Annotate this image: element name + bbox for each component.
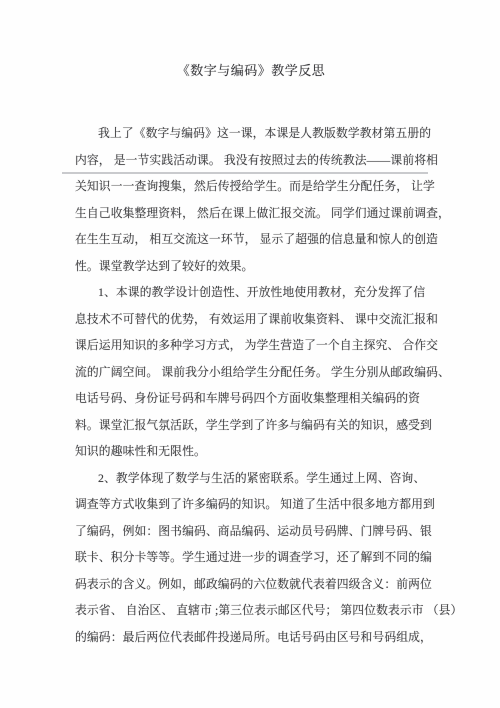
text-line: 我上了《数字与编码》这一课，本课是人教版数学教材第五册的 — [75, 120, 500, 147]
text-line: 调查等方式收集到了许多编码的知识。 知道了生活中很多地方都用到 — [75, 491, 500, 518]
document-page: 《数字与编码》教学反思 我上了《数字与编码》这一课，本课是人教版数学教材第五册的… — [0, 0, 500, 708]
text-line: 的编码：最后两位代表邮件投递局所。电话号码由区号和号码组成， — [75, 624, 500, 651]
text-line: 联卡、积分卡等等。学生通过进一步的调查学习，还了解到不同的编 — [75, 544, 500, 571]
text-line: 电话号码、身份证号码和车牌号码四个方面收集整理相关编码的资 — [75, 385, 500, 412]
text-line: 生自己收集整理资料， 然后在课上做汇报交流。 同学们通过课前调查， — [75, 200, 500, 227]
text-line: 了编码，例如：图书编码、商品编码、运动员号码牌、门牌号码、银 — [75, 518, 500, 545]
document-body: 我上了《数字与编码》这一课，本课是人教版数学教材第五册的 内容， 是一节实践活动… — [75, 120, 500, 650]
text-line: 知识的趣味性和无限性。 — [75, 438, 500, 465]
text-line: 表示省、 自治区、 直辖市 ;第三位表示邮区代号； 第四位数表示市 （县） — [75, 597, 500, 624]
text-line: 料。课堂汇报气氛活跃，学生学到了许多与编码有关的知识，感受到 — [75, 412, 500, 439]
page-title: 《数字与编码》教学反思 — [75, 61, 427, 81]
text-line: 1、本课的教学设计创造性、开放性地使用教材，充分发挥了信 — [75, 279, 500, 306]
text-line: 2、教学体现了数学与生活的紧密联系。学生通过上网、咨询、 — [75, 465, 500, 492]
text-line: 码表示的含义。例如，邮政编码的六位数就代表着四级含义：前两位 — [75, 571, 500, 598]
text-line: 在生生互动， 相互交流这一环节， 显示了超强的信息量和惊人的创造 — [75, 226, 500, 253]
text-line: 内容， 是一节实践活动课。 我没有按照过去的传统教法——课前将相 — [75, 147, 500, 174]
text-line: 流的广阔空间。 课前我分小组给学生分配任务。 学生分别从邮政编码、 — [75, 359, 500, 386]
text-line: 息技术不可替代的优势， 有效运用了课前收集资料、 课中交流汇报和 — [75, 306, 500, 333]
text-line: 性。课堂教学达到了较好的效果。 — [75, 253, 500, 280]
text-line: 关知识一一查询搜集，然后传授给学生。而是给学生分配任务， 让学 — [75, 173, 500, 200]
text-line: 课后运用知识的多种学习方式， 为学生营造了一个自主探究、 合作交 — [75, 332, 500, 359]
